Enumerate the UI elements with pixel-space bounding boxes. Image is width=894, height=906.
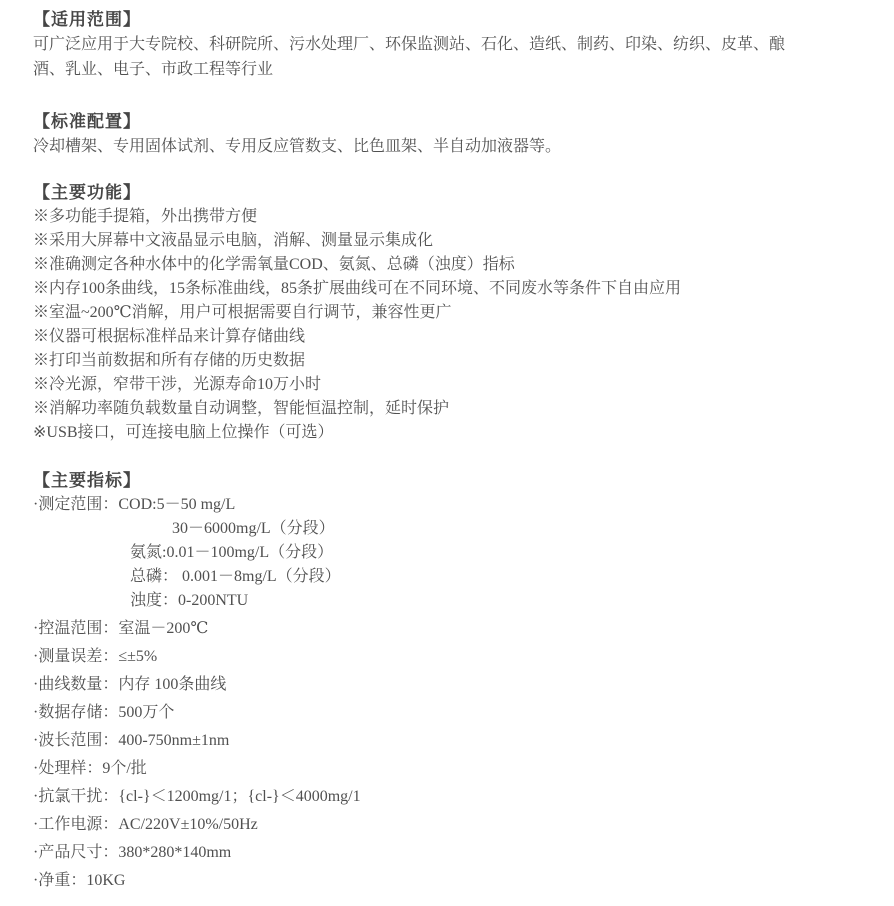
indicator-measuring-range: ·测定范围：COD:5－50 mg/L [33, 493, 864, 517]
indicator-value: 500万个 [118, 704, 174, 721]
indicator-row: ·数据存储：500万个 [33, 701, 864, 725]
indicator-row: ·测量误差：≤±5% [33, 645, 864, 669]
indicator-label: ·控温范围： [33, 620, 118, 637]
indicator-row: ·工作电源：AC/220V±10%/50Hz [33, 813, 864, 837]
indicator-label: ·工作电源： [33, 816, 118, 833]
indicator-row: ·净重：10KG [33, 869, 864, 893]
indicator-value: 9个/批 [102, 760, 146, 777]
indicator-label: ·测定范围： [33, 496, 118, 513]
function-item: ※多功能手提箱，外出携带方便 [33, 205, 864, 229]
indicator-row: ·产品尺寸：380*280*140mm [33, 841, 864, 865]
indicator-row: ·抗氯干扰：{cl-}＜1200mg/1；{cl-}＜4000mg/1 [33, 785, 864, 809]
function-item: ※消解功率随负载数量自动调整，智能恒温控制，延时保护 [33, 397, 864, 421]
function-item: ※打印当前数据和所有存储的历史数据 [33, 349, 864, 373]
indicator-value: {cl-}＜1200mg/1；{cl-}＜4000mg/1 [118, 788, 360, 805]
function-item: ※内存100条曲线，15条标准曲线，85条扩展曲线可在不同环境、不同废水等条件下… [33, 277, 864, 301]
indicator-label: ·测量误差： [33, 648, 118, 665]
measuring-range-subline: 30－6000mg/L（分段） [33, 517, 864, 541]
indicator-value: 380*280*140mm [118, 844, 231, 861]
standard-configuration-text: 冷却槽架、专用固体试剂、专用反应管数支、比色皿架、半自动加液器等。 [33, 134, 864, 159]
section-main-functions: 【主要功能】 ※多功能手提箱，外出携带方便 ※采用大屏幕中文液晶显示电脑，消解、… [33, 181, 864, 445]
indicator-label: ·抗氯干扰： [33, 788, 118, 805]
measuring-range-subline: 总磷： 0.001－8mg/L（分段） [33, 565, 864, 589]
indicator-row: ·波长范围：400-750nm±1nm [33, 729, 864, 753]
section-applicable-scope: 【适用范围】 可广泛应用于大专院校、科研院所、污水处理厂、环保监测站、石化、造纸… [33, 8, 864, 82]
indicator-value: 内存 100条曲线 [118, 676, 226, 693]
indicator-row: ·处理样：9个/批 [33, 757, 864, 781]
indicator-label: ·曲线数量： [33, 676, 118, 693]
indicator-label: ·波长范围： [33, 732, 118, 749]
measuring-range-subline: 氨氮:0.01－100mg/L（分段） [33, 541, 864, 565]
indicator-value: ≤±5% [118, 648, 157, 665]
indicator-label: ·净重： [33, 872, 86, 889]
function-item: ※冷光源，窄带干涉，光源寿命10万小时 [33, 373, 864, 397]
applicable-scope-text: 可广泛应用于大专院校、科研院所、污水处理厂、环保监测站、石化、造纸、制药、印染、… [33, 32, 793, 82]
function-item: ※室温~200℃消解，用户可根据需要自行调节，兼容性更广 [33, 301, 864, 325]
indicator-label: ·产品尺寸： [33, 844, 118, 861]
indicator-value: COD:5－50 mg/L [118, 496, 235, 513]
heading-main-functions: 【主要功能】 [33, 181, 864, 205]
function-item: ※仪器可根据标准样品来计算存储曲线 [33, 325, 864, 349]
indicator-value: 室温－200℃ [118, 620, 208, 637]
heading-applicable-scope: 【适用范围】 [33, 8, 864, 32]
indicator-value: AC/220V±10%/50Hz [118, 816, 257, 833]
indicator-label: ·数据存储： [33, 704, 118, 721]
measuring-range-subline: 浊度：0-200NTU [33, 589, 864, 613]
function-item: ※准确测定各种水体中的化学需氧量COD、氨氮、总磷（浊度）指标 [33, 253, 864, 277]
function-item: ※USB接口，可连接电脑上位操作（可选） [33, 421, 864, 445]
heading-standard-configuration: 【标准配置】 [33, 110, 864, 134]
indicator-value: 400-750nm±1nm [118, 732, 229, 749]
function-item: ※采用大屏幕中文液晶显示电脑，消解、测量显示集成化 [33, 229, 864, 253]
indicator-value: 10KG [86, 872, 125, 889]
section-main-indicators: 【主要指标】 ·测定范围：COD:5－50 mg/L 30－6000mg/L（分… [33, 469, 864, 893]
heading-main-indicators: 【主要指标】 [33, 469, 864, 493]
product-spec-document: 【适用范围】 可广泛应用于大专院校、科研院所、污水处理厂、环保监测站、石化、造纸… [0, 0, 894, 903]
indicator-row: ·控温范围：室温－200℃ [33, 617, 864, 641]
indicator-label: ·处理样： [33, 760, 102, 777]
indicator-row: ·曲线数量：内存 100条曲线 [33, 673, 864, 697]
section-standard-configuration: 【标准配置】 冷却槽架、专用固体试剂、专用反应管数支、比色皿架、半自动加液器等。 [33, 110, 864, 159]
